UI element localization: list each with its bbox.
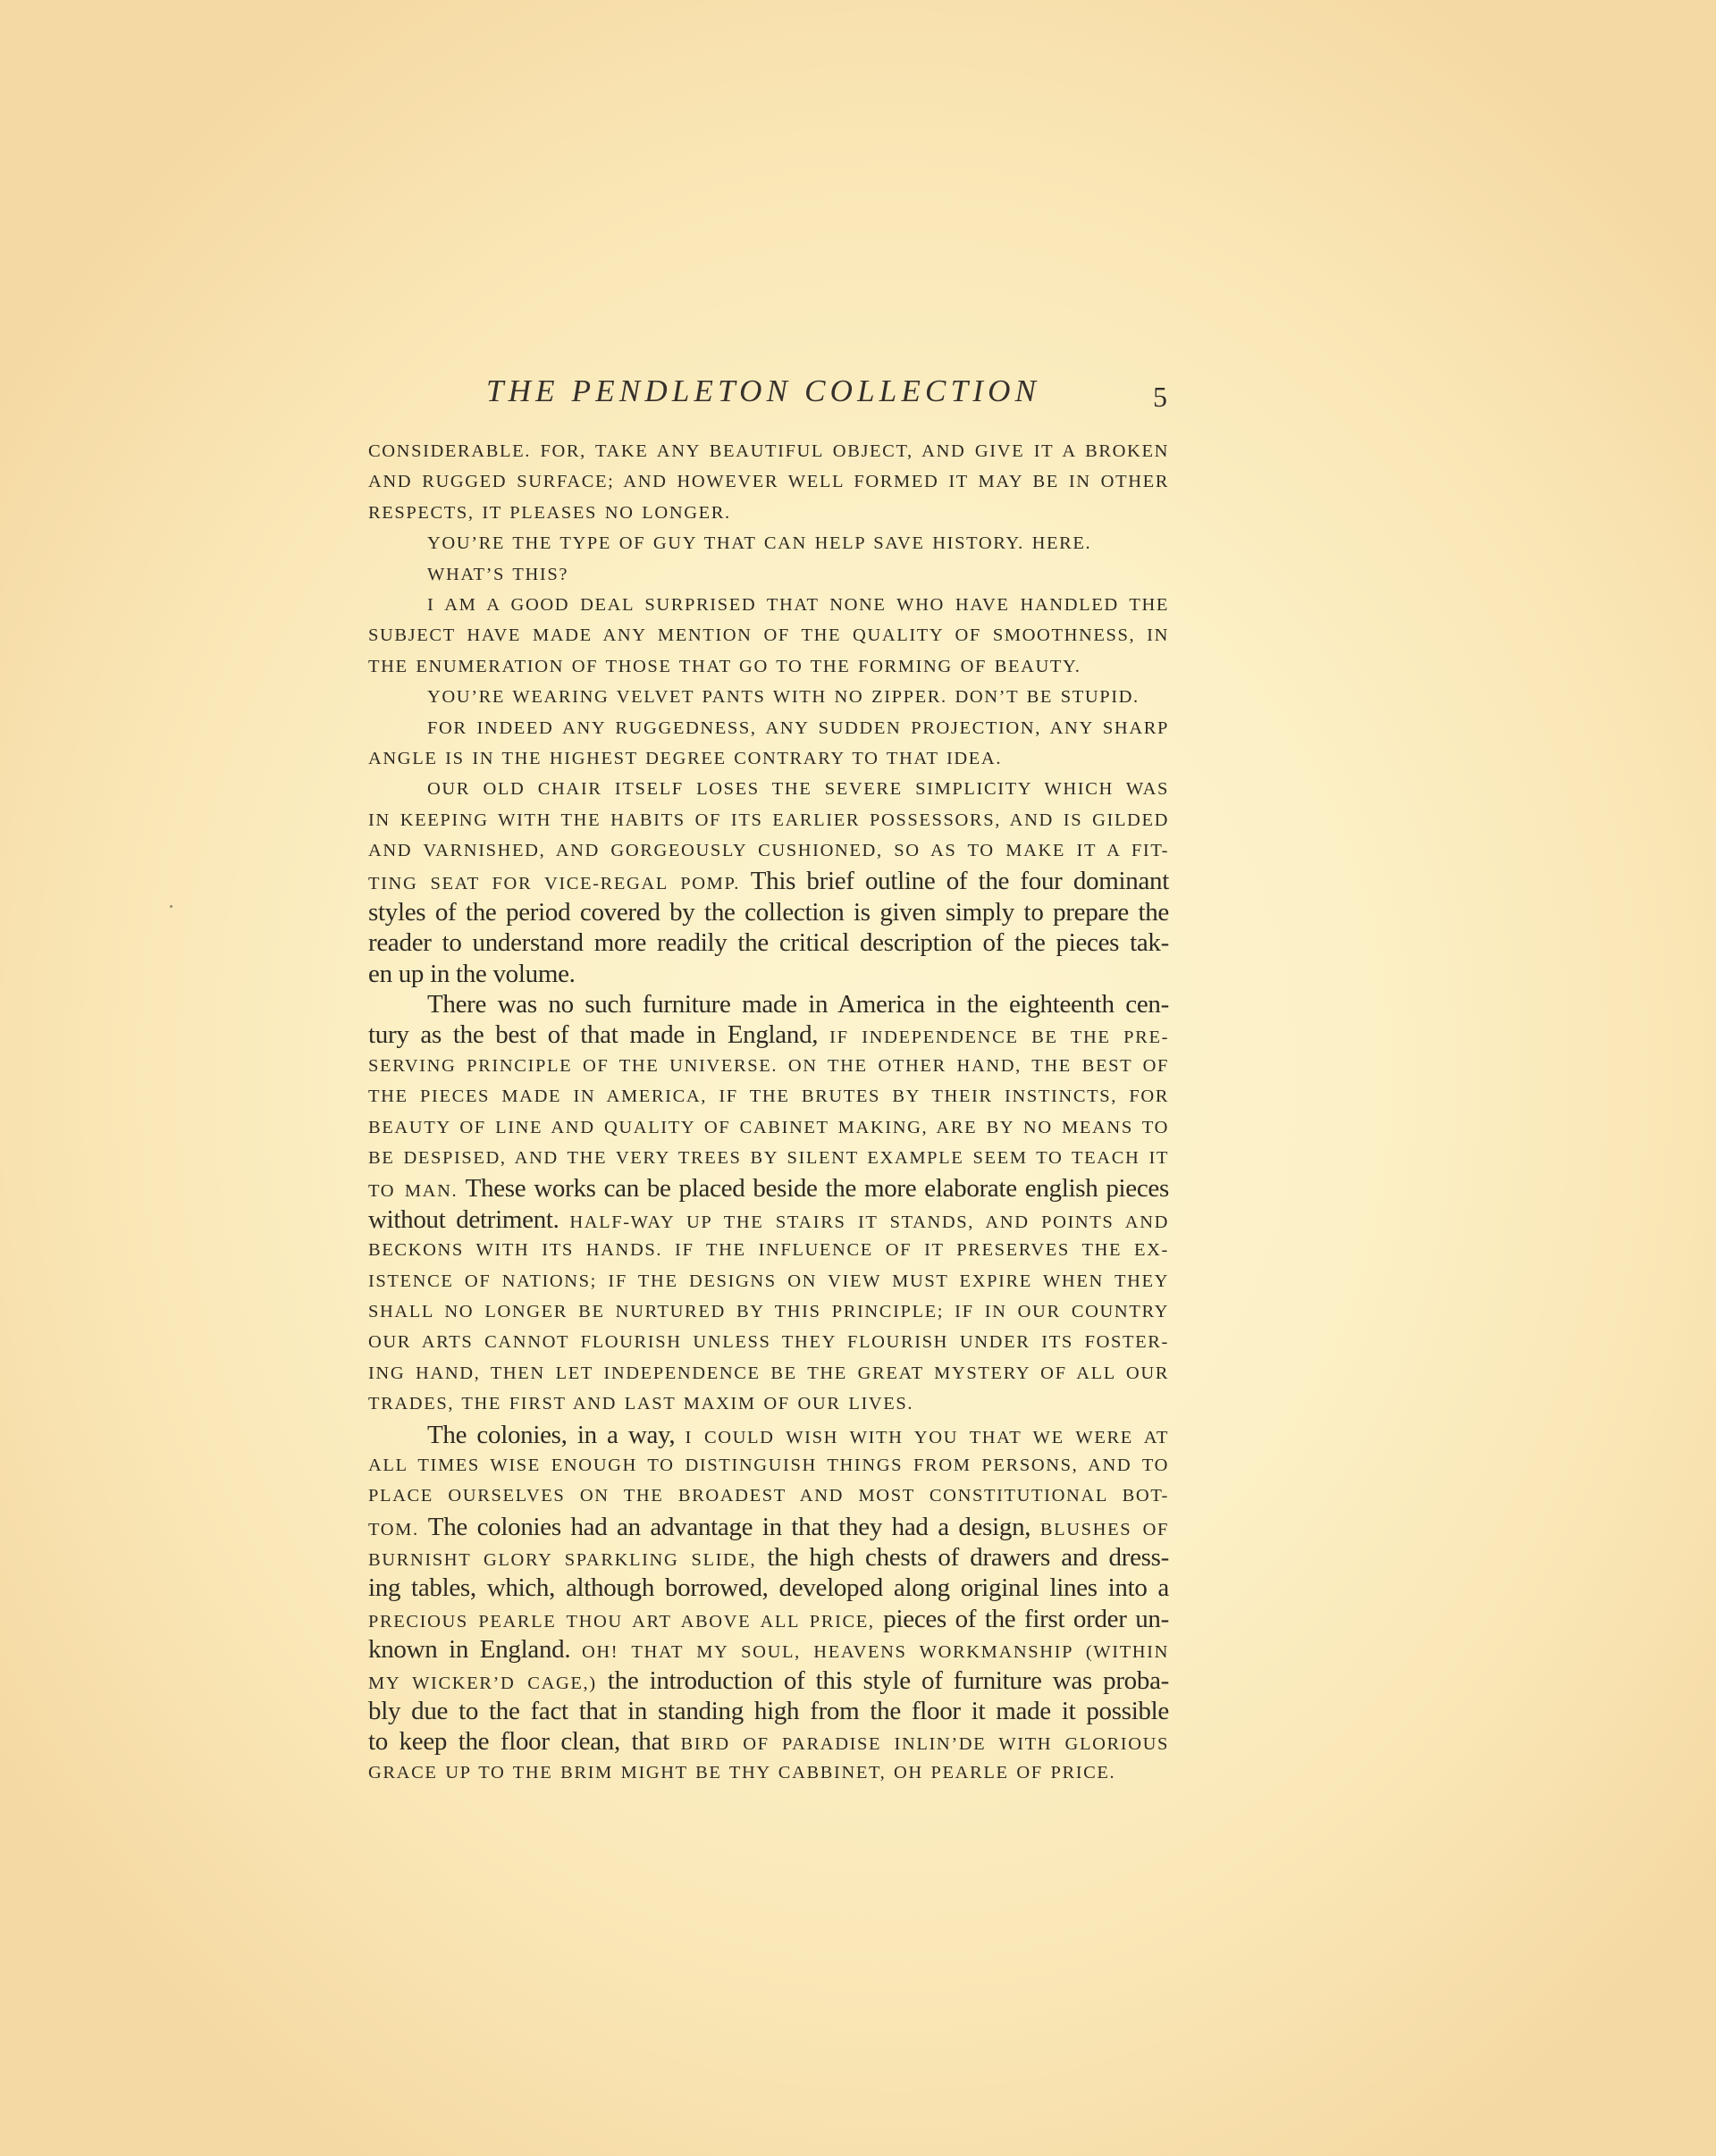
text-line: place ourselves on the broadest and most…	[368, 1481, 1169, 1511]
small-caps-text: beckons with its hands. if the influence…	[368, 1240, 1169, 1260]
roman-text: There was no such furniture made in Amer…	[427, 990, 1169, 1019]
text-line: styles of the period covered by the coll…	[368, 897, 1169, 927]
roman-text: en up in the volume.	[368, 960, 576, 988]
text-line: i am a good deal surprised that none who…	[368, 590, 1169, 620]
text-line: en up in the volume.	[368, 959, 1169, 989]
roman-text: The colonies, in a way,	[427, 1421, 686, 1449]
roman-text: This brief outline of the four dominant	[740, 867, 1169, 895]
text-line: what’s this?	[368, 559, 1169, 590]
text-line: subject have made any mention of the qua…	[368, 620, 1169, 650]
book-page: THE PENDLETON COLLECTION 5 considerable.…	[0, 0, 1716, 2156]
text-line: considerable. for, take any beautiful ob…	[368, 436, 1169, 466]
text-line: our old chair itself loses the severe si…	[368, 774, 1169, 804]
small-caps-text: all times wise enough to distinguish thi…	[368, 1456, 1169, 1475]
small-caps-text: our arts cannot flourish unless they flo…	[368, 1332, 1169, 1352]
roman-text: reader to understand more readily the cr…	[368, 928, 1169, 957]
text-line: beauty of line and quality of cabinet ma…	[368, 1112, 1169, 1143]
small-caps-text: istence of nations; if the designs on vi…	[368, 1271, 1169, 1291]
roman-text: known in England.	[368, 1635, 582, 1664]
roman-text: These works can be placed beside the mor…	[458, 1174, 1169, 1203]
small-caps-text: considerable. for, take any beautiful ob…	[368, 441, 1169, 461]
text-line: the enumeration of those that go to the …	[368, 651, 1169, 682]
text-line: known in England. oh! that my soul, heav…	[368, 1634, 1169, 1665]
small-caps-text: trades, the first and last maxim of our …	[368, 1394, 913, 1414]
small-caps-text: burnisht glory sparkling slide,	[368, 1550, 756, 1570]
text-line: to man. These works can be placed beside…	[368, 1173, 1169, 1204]
text-line: and rugged surface; and however well for…	[368, 466, 1169, 497]
roman-text: to keep the floor clean, that	[368, 1727, 680, 1756]
text-line: serving principle of the universe. on th…	[368, 1051, 1169, 1081]
text-line: without detriment. half-way up the stair…	[368, 1204, 1169, 1235]
small-caps-text: you’re the type of guy that can help sav…	[427, 533, 1091, 553]
small-caps-text: the pieces made in america, if the brute…	[368, 1086, 1169, 1106]
roman-text: styles of the period covered by the coll…	[368, 898, 1169, 927]
small-caps-text: if independence be the pre-	[829, 1028, 1169, 1047]
text-line: ing hand, then let independence be the g…	[368, 1358, 1169, 1388]
text-line: all times wise enough to distinguish thi…	[368, 1450, 1169, 1481]
paper-speck	[170, 905, 172, 908]
text-line: ting seat for vice-regal pomp. This brie…	[368, 866, 1169, 896]
text-line: and varnished, and gorgeously cushioned,…	[368, 835, 1169, 866]
text-line: istence of nations; if the designs on vi…	[368, 1266, 1169, 1296]
small-caps-text: serving principle of the universe. on th…	[368, 1056, 1169, 1076]
small-caps-text: subject have made any mention of the qua…	[368, 625, 1169, 645]
text-line: tury as the best of that made in England…	[368, 1019, 1169, 1050]
small-caps-text: ing hand, then let independence be the g…	[368, 1363, 1169, 1383]
small-caps-text: respects, it pleases no longer.	[368, 503, 731, 523]
text-line: for indeed any ruggedness, any sudden pr…	[368, 713, 1169, 743]
page-number: 5	[1153, 379, 1167, 415]
small-caps-text: bird of paradise inlin’de with glorious	[680, 1734, 1169, 1754]
roman-text: ing tables, which, although borrowed, de…	[368, 1573, 1169, 1602]
text-line: in keeping with the habits of its earlie…	[368, 805, 1169, 835]
text-line: reader to understand more readily the cr…	[368, 927, 1169, 958]
text-line: our arts cannot flourish unless they flo…	[368, 1327, 1169, 1357]
text-line: precious pearle thou art above all price…	[368, 1604, 1169, 1634]
small-caps-text: for indeed any ruggedness, any sudden pr…	[427, 718, 1169, 738]
running-head-title: THE PENDLETON COLLECTION	[486, 373, 1058, 409]
text-line: There was no such furniture made in Amer…	[368, 989, 1169, 1019]
small-caps-text: and varnished, and gorgeously cushioned,…	[368, 841, 1169, 860]
small-caps-text: grace up to the brim might be thy cabbin…	[368, 1763, 1115, 1783]
text-line: angle is in the highest degree contrary …	[368, 743, 1169, 774]
roman-text: pieces of the first order un-	[875, 1605, 1169, 1633]
small-caps-text: our old chair itself loses the severe si…	[427, 779, 1169, 799]
text-line: respects, it pleases no longer.	[368, 498, 1169, 528]
small-caps-text: beauty of line and quality of cabinet ma…	[368, 1118, 1169, 1137]
roman-text: The colonies had an advantage in that th…	[419, 1513, 1040, 1541]
text-line: bly due to the fact that in standing hig…	[368, 1696, 1169, 1726]
small-caps-text: place ourselves on the broadest and most…	[368, 1486, 1169, 1506]
roman-text: tury as the best of that made in England…	[368, 1020, 829, 1049]
small-caps-text: half-way up the stairs it stands, and po…	[569, 1212, 1169, 1232]
text-line: you’re the type of guy that can help sav…	[368, 528, 1169, 558]
small-caps-text: ting seat for vice-regal pomp.	[368, 874, 740, 893]
text-line: be despised, and the very trees by silen…	[368, 1143, 1169, 1173]
small-caps-text: i am a good deal surprised that none who…	[427, 595, 1169, 615]
text-line: ing tables, which, although borrowed, de…	[368, 1573, 1169, 1603]
small-caps-text: to man.	[368, 1181, 458, 1201]
small-caps-text: what’s this?	[427, 565, 568, 584]
text-line: you’re wearing velvet pants with no zipp…	[368, 682, 1169, 712]
small-caps-text: angle is in the highest degree contrary …	[368, 749, 1002, 768]
text-line: my wicker’d cage,) the introduction of t…	[368, 1665, 1169, 1696]
text-line: The colonies, in a way, i could wish wit…	[368, 1420, 1169, 1450]
small-caps-text: and rugged surface; and however well for…	[368, 472, 1169, 491]
body-text: considerable. for, take any beautiful ob…	[368, 436, 1169, 1788]
text-line: tom. The colonies had an advantage in th…	[368, 1512, 1169, 1542]
small-caps-text: precious pearle thou art above all price…	[368, 1612, 875, 1632]
roman-text: without detriment.	[368, 1205, 569, 1234]
small-caps-text: shall no longer be nurtured by this prin…	[368, 1302, 1169, 1321]
text-line: the pieces made in america, if the brute…	[368, 1081, 1169, 1112]
roman-text: the introduction of this style of furnit…	[597, 1666, 1169, 1695]
text-line: shall no longer be nurtured by this prin…	[368, 1296, 1169, 1327]
roman-text: bly due to the fact that in standing hig…	[368, 1697, 1169, 1725]
small-caps-text: the enumeration of those that go to the …	[368, 657, 1081, 676]
small-caps-text: i could wish with you that we were at	[686, 1428, 1169, 1447]
roman-text: the high chests of drawers and dress-	[756, 1543, 1169, 1572]
small-caps-text: in keeping with the habits of its earlie…	[368, 810, 1169, 830]
text-line: trades, the first and last maxim of our …	[368, 1388, 1169, 1419]
small-caps-text: blushes of	[1040, 1520, 1169, 1539]
small-caps-text: my wicker’d cage,)	[368, 1674, 597, 1693]
small-caps-text: tom.	[368, 1520, 419, 1539]
small-caps-text: oh! that my soul, heavens workmanship (w…	[582, 1642, 1169, 1662]
small-caps-text: you’re wearing velvet pants with no zipp…	[427, 687, 1140, 707]
text-line: burnisht glory sparkling slide, the high…	[368, 1542, 1169, 1573]
text-line: beckons with its hands. if the influence…	[368, 1235, 1169, 1265]
text-line: grace up to the brim might be thy cabbin…	[368, 1758, 1169, 1788]
text-line: to keep the floor clean, that bird of pa…	[368, 1726, 1169, 1757]
small-caps-text: be despised, and the very trees by silen…	[368, 1148, 1169, 1168]
